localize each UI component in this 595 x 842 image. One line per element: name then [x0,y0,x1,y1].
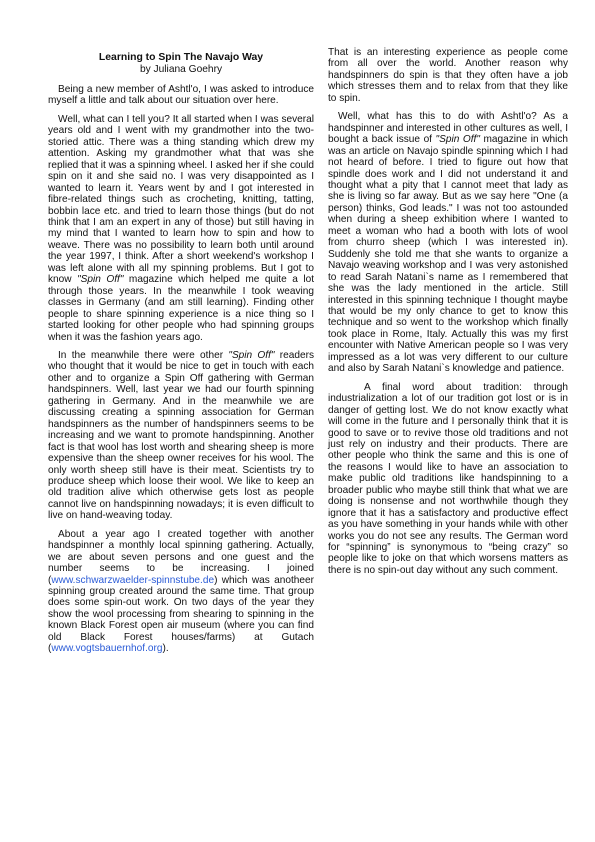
magazine-name: "Spin Off" [228,350,274,361]
paragraph-experience: That is an interesting experience as peo… [328,47,568,104]
left-column: Learning to Spin The Navajo Way by Julia… [48,46,314,662]
paragraph-intro: Being a new member of Ashtl'o, I was ask… [48,84,314,107]
magazine-name: "Spin Off" [436,134,480,145]
link-vogtsbauernhof[interactable]: www.vogtsbauernhof.org [51,643,162,654]
article-byline: by Juliana Goehry [48,64,314,76]
paragraph-childhood: Well, what can I tell you? It all starte… [48,114,314,343]
paragraph-ashtlo-connection: Well, what has this to do with Ashtl'o? … [328,111,568,374]
article-title: Learning to Spin The Navajo Way [48,52,314,64]
paragraph-tradition: A final word about tradition: through in… [328,382,568,577]
paragraph-spin-off-readers: In the meanwhile there were other "Spin … [48,350,314,522]
magazine-name: "Spin Off" [77,274,123,285]
paragraph-local-gathering: About a year ago I created together with… [48,529,314,655]
right-column: That is an interesting experience as peo… [328,47,568,583]
link-spinnstube[interactable]: www.schwarzwaelder-spinnstube.de [51,575,214,586]
